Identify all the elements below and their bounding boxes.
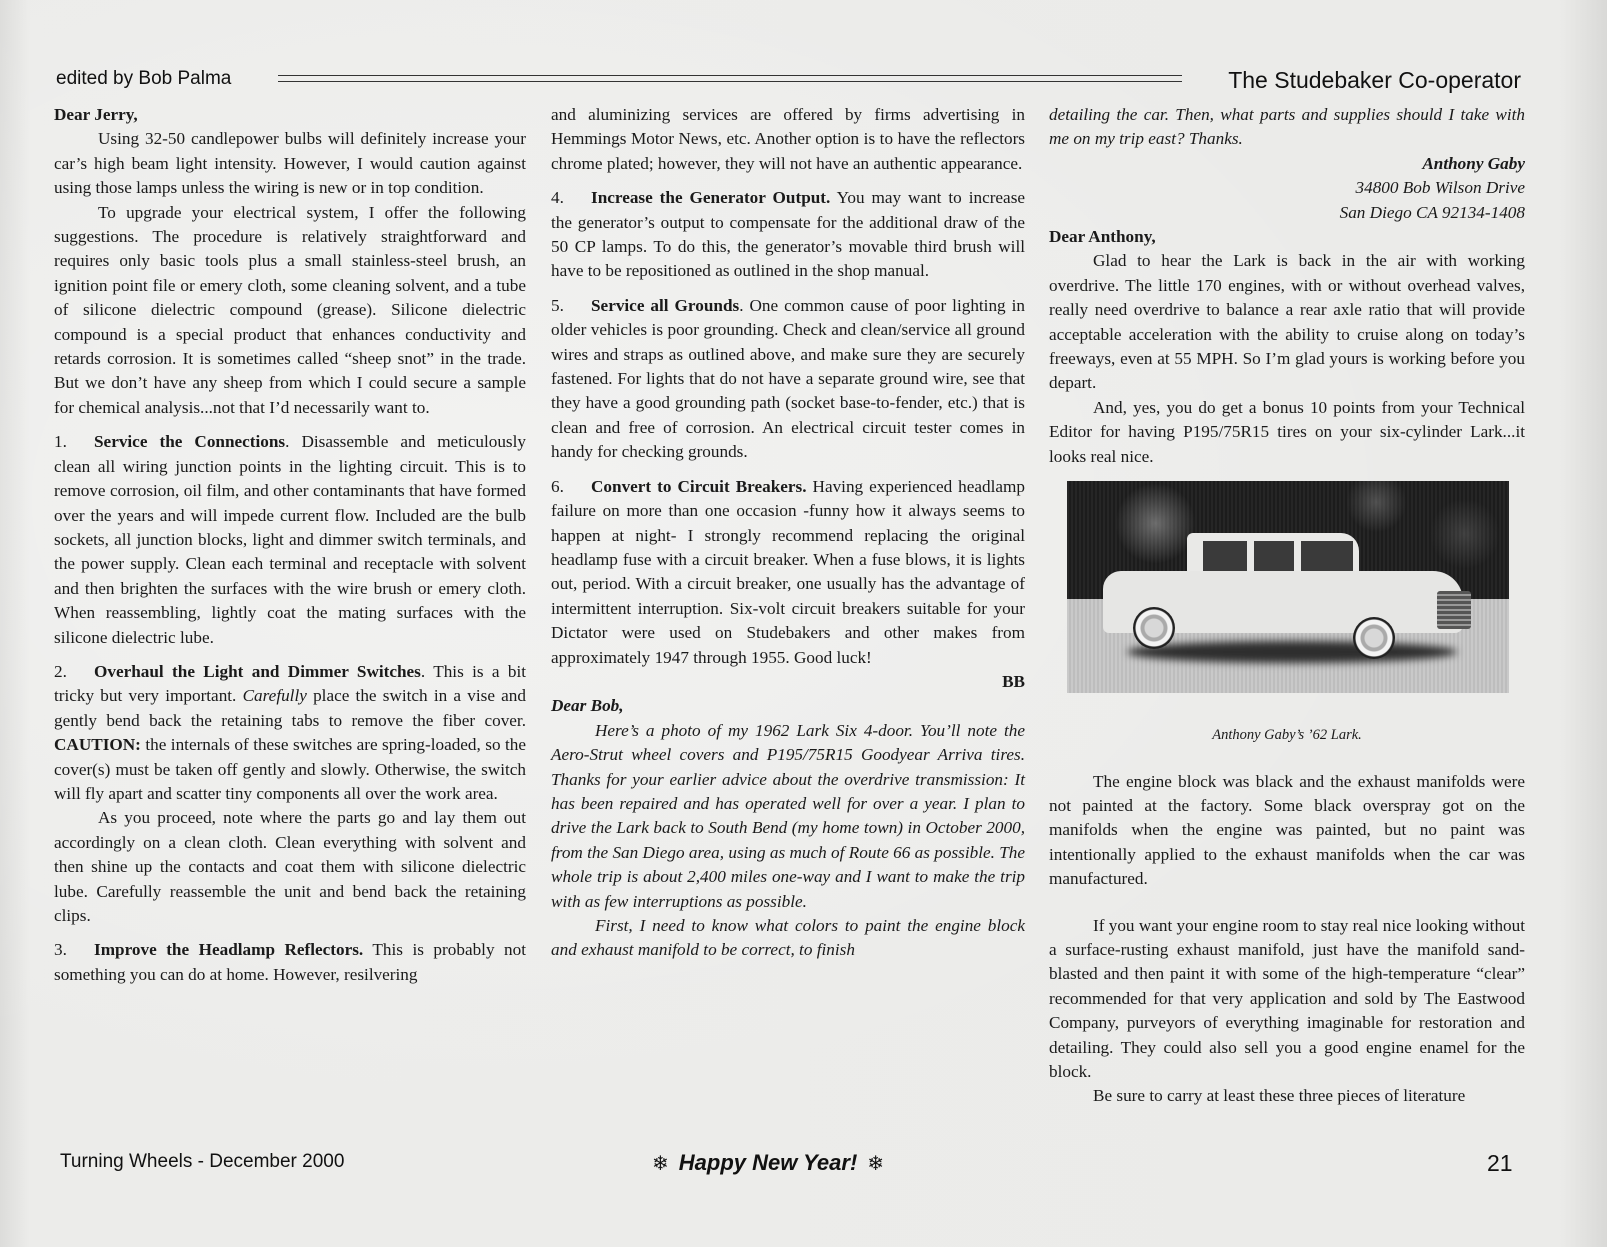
- wheel-icon: [1133, 607, 1175, 649]
- item-title: Increase the Generator Output.: [591, 188, 830, 207]
- numbered-item-4: 4.Increase the Generator Output. You may…: [551, 186, 1025, 284]
- column-1: Dear Jerry, Using 32-50 candlepower bulb…: [54, 103, 526, 987]
- salutation-dear-bob: Dear Bob,: [551, 694, 1025, 718]
- numbered-item-5: 5.Service all Grounds. One common cause …: [551, 294, 1025, 465]
- letter-paragraph: First, I need to know what colors to pai…: [551, 914, 1025, 963]
- paragraph: As you proceed, note where the parts go …: [54, 806, 526, 928]
- paragraph: And, yes, you do get a bonus 10 points f…: [1049, 396, 1525, 469]
- sender-name: Anthony Gaby: [1049, 152, 1525, 176]
- paragraph: and aluminizing services are offered by …: [551, 103, 1025, 176]
- photo-caption: Anthony Gaby’s ’62 Lark.: [1049, 723, 1525, 747]
- header-double-rule: [278, 75, 1182, 82]
- item-title: Improve the Headlamp Reflectors.: [94, 940, 363, 959]
- sender-address-line-1: 34800 Bob Wilson Drive: [1049, 176, 1525, 200]
- paragraph: Be sure to carry at least these three pi…: [1049, 1084, 1525, 1108]
- wheel-icon: [1353, 617, 1395, 659]
- caution-label: CAUTION:: [54, 735, 141, 754]
- signature-bb: BB: [551, 670, 1025, 694]
- page-number: 21: [1487, 1150, 1513, 1177]
- item-title: Overhaul the Light and Dimmer Switches: [94, 662, 421, 681]
- car-photo: [1067, 481, 1509, 693]
- car-grille: [1437, 591, 1471, 629]
- paragraph: If you want your engine room to stay rea…: [1049, 914, 1525, 1085]
- salutation-dear-jerry: Dear Jerry,: [54, 103, 526, 127]
- salutation-dear-anthony: Dear Anthony,: [1049, 225, 1525, 249]
- numbered-item-6: 6.Convert to Circuit Breakers. Having ex…: [551, 475, 1025, 670]
- header-column-title: The Studebaker Co-operator: [1228, 67, 1521, 94]
- numbered-item-3: 3.Improve the Headlamp Reflectors. This …: [54, 938, 526, 987]
- paragraph: To upgrade your electrical system, I off…: [54, 201, 526, 421]
- column-3: detailing the car. Then, what parts and …: [1049, 103, 1525, 1109]
- header-editor-credit: edited by Bob Palma: [56, 68, 231, 90]
- item-title: Service all Grounds: [591, 296, 739, 315]
- greeting-text: Happy New Year!: [679, 1150, 858, 1176]
- letter-paragraph: detailing the car. Then, what parts and …: [1049, 103, 1525, 152]
- sender-address-line-2: San Diego CA 92134-1408: [1049, 201, 1525, 225]
- paragraph: Glad to hear the Lark is back in the air…: [1049, 249, 1525, 395]
- footer-greeting: ❄ Happy New Year! ❄: [652, 1150, 884, 1176]
- paragraph: Using 32-50 candlepower bulbs will defin…: [54, 127, 526, 200]
- snowflake-icon: ❄: [652, 1151, 669, 1176]
- item-title: Convert to Circuit Breakers.: [591, 477, 807, 496]
- numbered-item-1: 1.Service the Connections. Disassemble a…: [54, 430, 526, 650]
- item-title: Service the Connections: [94, 432, 285, 451]
- column-2: and aluminizing services are offered by …: [551, 103, 1025, 963]
- snowflake-icon: ❄: [867, 1151, 884, 1176]
- paragraph: The engine block was black and the exhau…: [1049, 770, 1525, 892]
- footer-publication-date: Turning Wheels - December 2000: [60, 1151, 344, 1173]
- letter-paragraph: Here’s a photo of my 1962 Lark Six 4-doo…: [551, 719, 1025, 914]
- numbered-item-2: 2.Overhaul the Light and Dimmer Switches…: [54, 660, 526, 806]
- magazine-page: edited by Bob Palma The Studebaker Co-op…: [0, 0, 1607, 1247]
